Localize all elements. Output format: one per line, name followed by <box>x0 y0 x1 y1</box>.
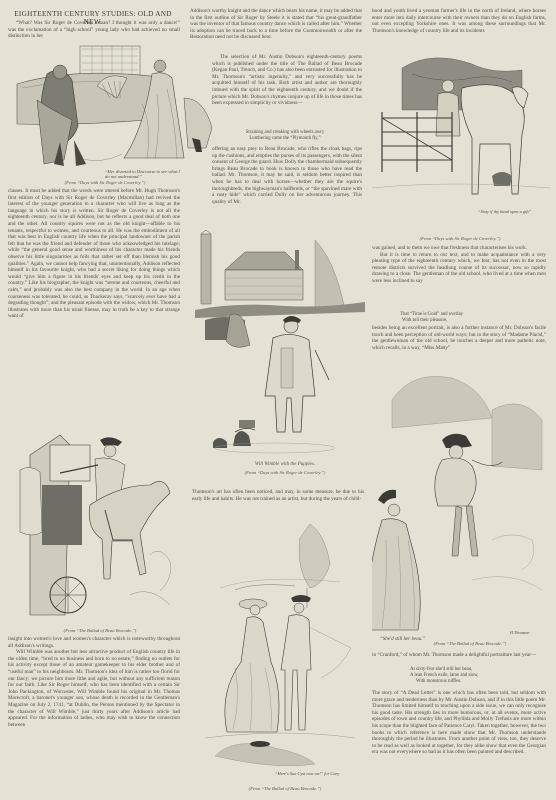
col3-body-4: The story of “A Dead Letter” is one whic… <box>372 690 546 756</box>
col2-body: The selection of Mr. Austin Dobson's eig… <box>212 54 362 107</box>
col3-paragraph-5: in “Cranford,” of whom Mr. Thomson made … <box>372 652 546 659</box>
col1-paragraph-2: classes. It must be added that the words… <box>8 188 180 320</box>
sofa-scene-icon <box>2 44 187 172</box>
col2-paragraph-3: offering an easy prey to Beau Brocade, w… <box>212 146 362 205</box>
illustration-caption: (From “Days with Sir Roger de Coverley.”… <box>40 180 170 185</box>
illustration-highwayman-coach <box>10 425 180 625</box>
illustration-handwritten-caption: “Sixty if thy hand open a gift” <box>478 209 553 214</box>
will-wimble-icon <box>195 230 365 460</box>
horse-at-gate-icon <box>372 48 550 208</box>
col2-paragraph-1: Addison's worthy knight and the dance wh… <box>190 8 362 41</box>
illustration-caption: (From “Days with Sir Roger de Coverley.”… <box>220 470 350 475</box>
illustration-sir-roger-and-widow <box>2 44 187 172</box>
illustration-caption: (From “Days with Sir Roger de Coverley.”… <box>395 236 525 241</box>
col1-body: classes. It must be added that the words… <box>8 188 180 320</box>
verse-line: With monstrous ruffles. <box>410 679 520 685</box>
illustration-caption: (From “The Ballad of Beau Brocade.”) <box>405 641 535 646</box>
illustration-sofa-edge <box>182 88 216 158</box>
figure-detail-icon <box>182 88 216 158</box>
illustration-title: Will Wimble with the Puppies. <box>230 462 340 467</box>
col1-paragraph-1: “What? Was Sir Roger de Coverley a man? … <box>8 20 180 40</box>
verse-line: With toil their pleasure, <box>400 318 520 324</box>
col3-paragraph-2: was gained, and to them we owe that fres… <box>372 245 546 252</box>
col3-verse-2: At sixty-five she'd still her beau, A le… <box>410 667 520 685</box>
col1-intro: “What? Was Sir Roger de Coverley a man? … <box>8 20 180 40</box>
col3-body: was gained, and to them we owe that fres… <box>372 245 546 285</box>
illustration-couple-in-park <box>195 518 365 788</box>
col3-body-2: besides being an excellent portrait, is … <box>372 325 546 351</box>
col2-paragraph-4: Thomson's art has often been noticed, an… <box>192 489 364 502</box>
col2-body-2: offering an easy prey to Beau Brocade, w… <box>212 146 362 205</box>
col2-verse: Straining and creaking with wheels awry … <box>210 130 360 142</box>
col1-body-2: insight into women's love and women's ch… <box>8 636 180 728</box>
couple-walking-icon <box>195 518 365 788</box>
col2-paragraph-2: The selection of Mr. Austin Dobson's eig… <box>212 54 362 107</box>
artist-signature: H.Thomson <box>510 630 550 635</box>
col3-intro: hood and youth lived a yeoman farmer's l… <box>372 8 546 34</box>
illustration-caption: (From “The Ballad of Beau Brocade.”) <box>225 786 345 791</box>
col2-body-3: Thomson's art has often been noticed, an… <box>192 489 364 502</box>
verse-line: Lumbering came the “Plymouth fly,” <box>210 136 360 142</box>
col3-body-3: in “Cranford,” of whom Mr. Thomson made … <box>372 652 546 659</box>
illustration-caption: (From “The Ballad of Beau Brocade.”) <box>40 628 160 633</box>
newspaper-page: EIGHTEENTH CENTURY STUDIES: OLD AND NEW.… <box>0 0 556 800</box>
col3-paragraph-6: The story of “A Dead Letter” is one whic… <box>372 690 546 756</box>
col3-paragraph-3: But it is time to return to our text, an… <box>372 252 546 285</box>
old-couple-bowing-icon <box>372 360 552 635</box>
highwayman-icon <box>10 425 180 625</box>
col3-paragraph-1: hood and youth lived a yeoman farmer's l… <box>372 8 546 34</box>
col1-paragraph-3: insight into women's love and women's ch… <box>8 636 180 649</box>
illustration-squire-at-gate <box>372 48 550 208</box>
illustration-handwritten-caption: “Her diverted to Discourse to see what I… <box>105 169 185 179</box>
illustration-will-wimble-puppies <box>195 230 365 460</box>
illustration-madame-placid <box>372 360 552 635</box>
illustration-handwritten-caption: “Here's Sun Cyst now on!” for Cary <box>275 771 355 776</box>
col2-intro: Addison's worthy knight and the dance wh… <box>190 8 362 41</box>
col3-verse-1: That “Time is Gold” and overlay With toi… <box>400 312 520 324</box>
col3-paragraph-4: besides being an excellent portrait, is … <box>372 325 546 351</box>
col1-paragraph-4: Will Wimble was another but less attract… <box>8 649 180 728</box>
